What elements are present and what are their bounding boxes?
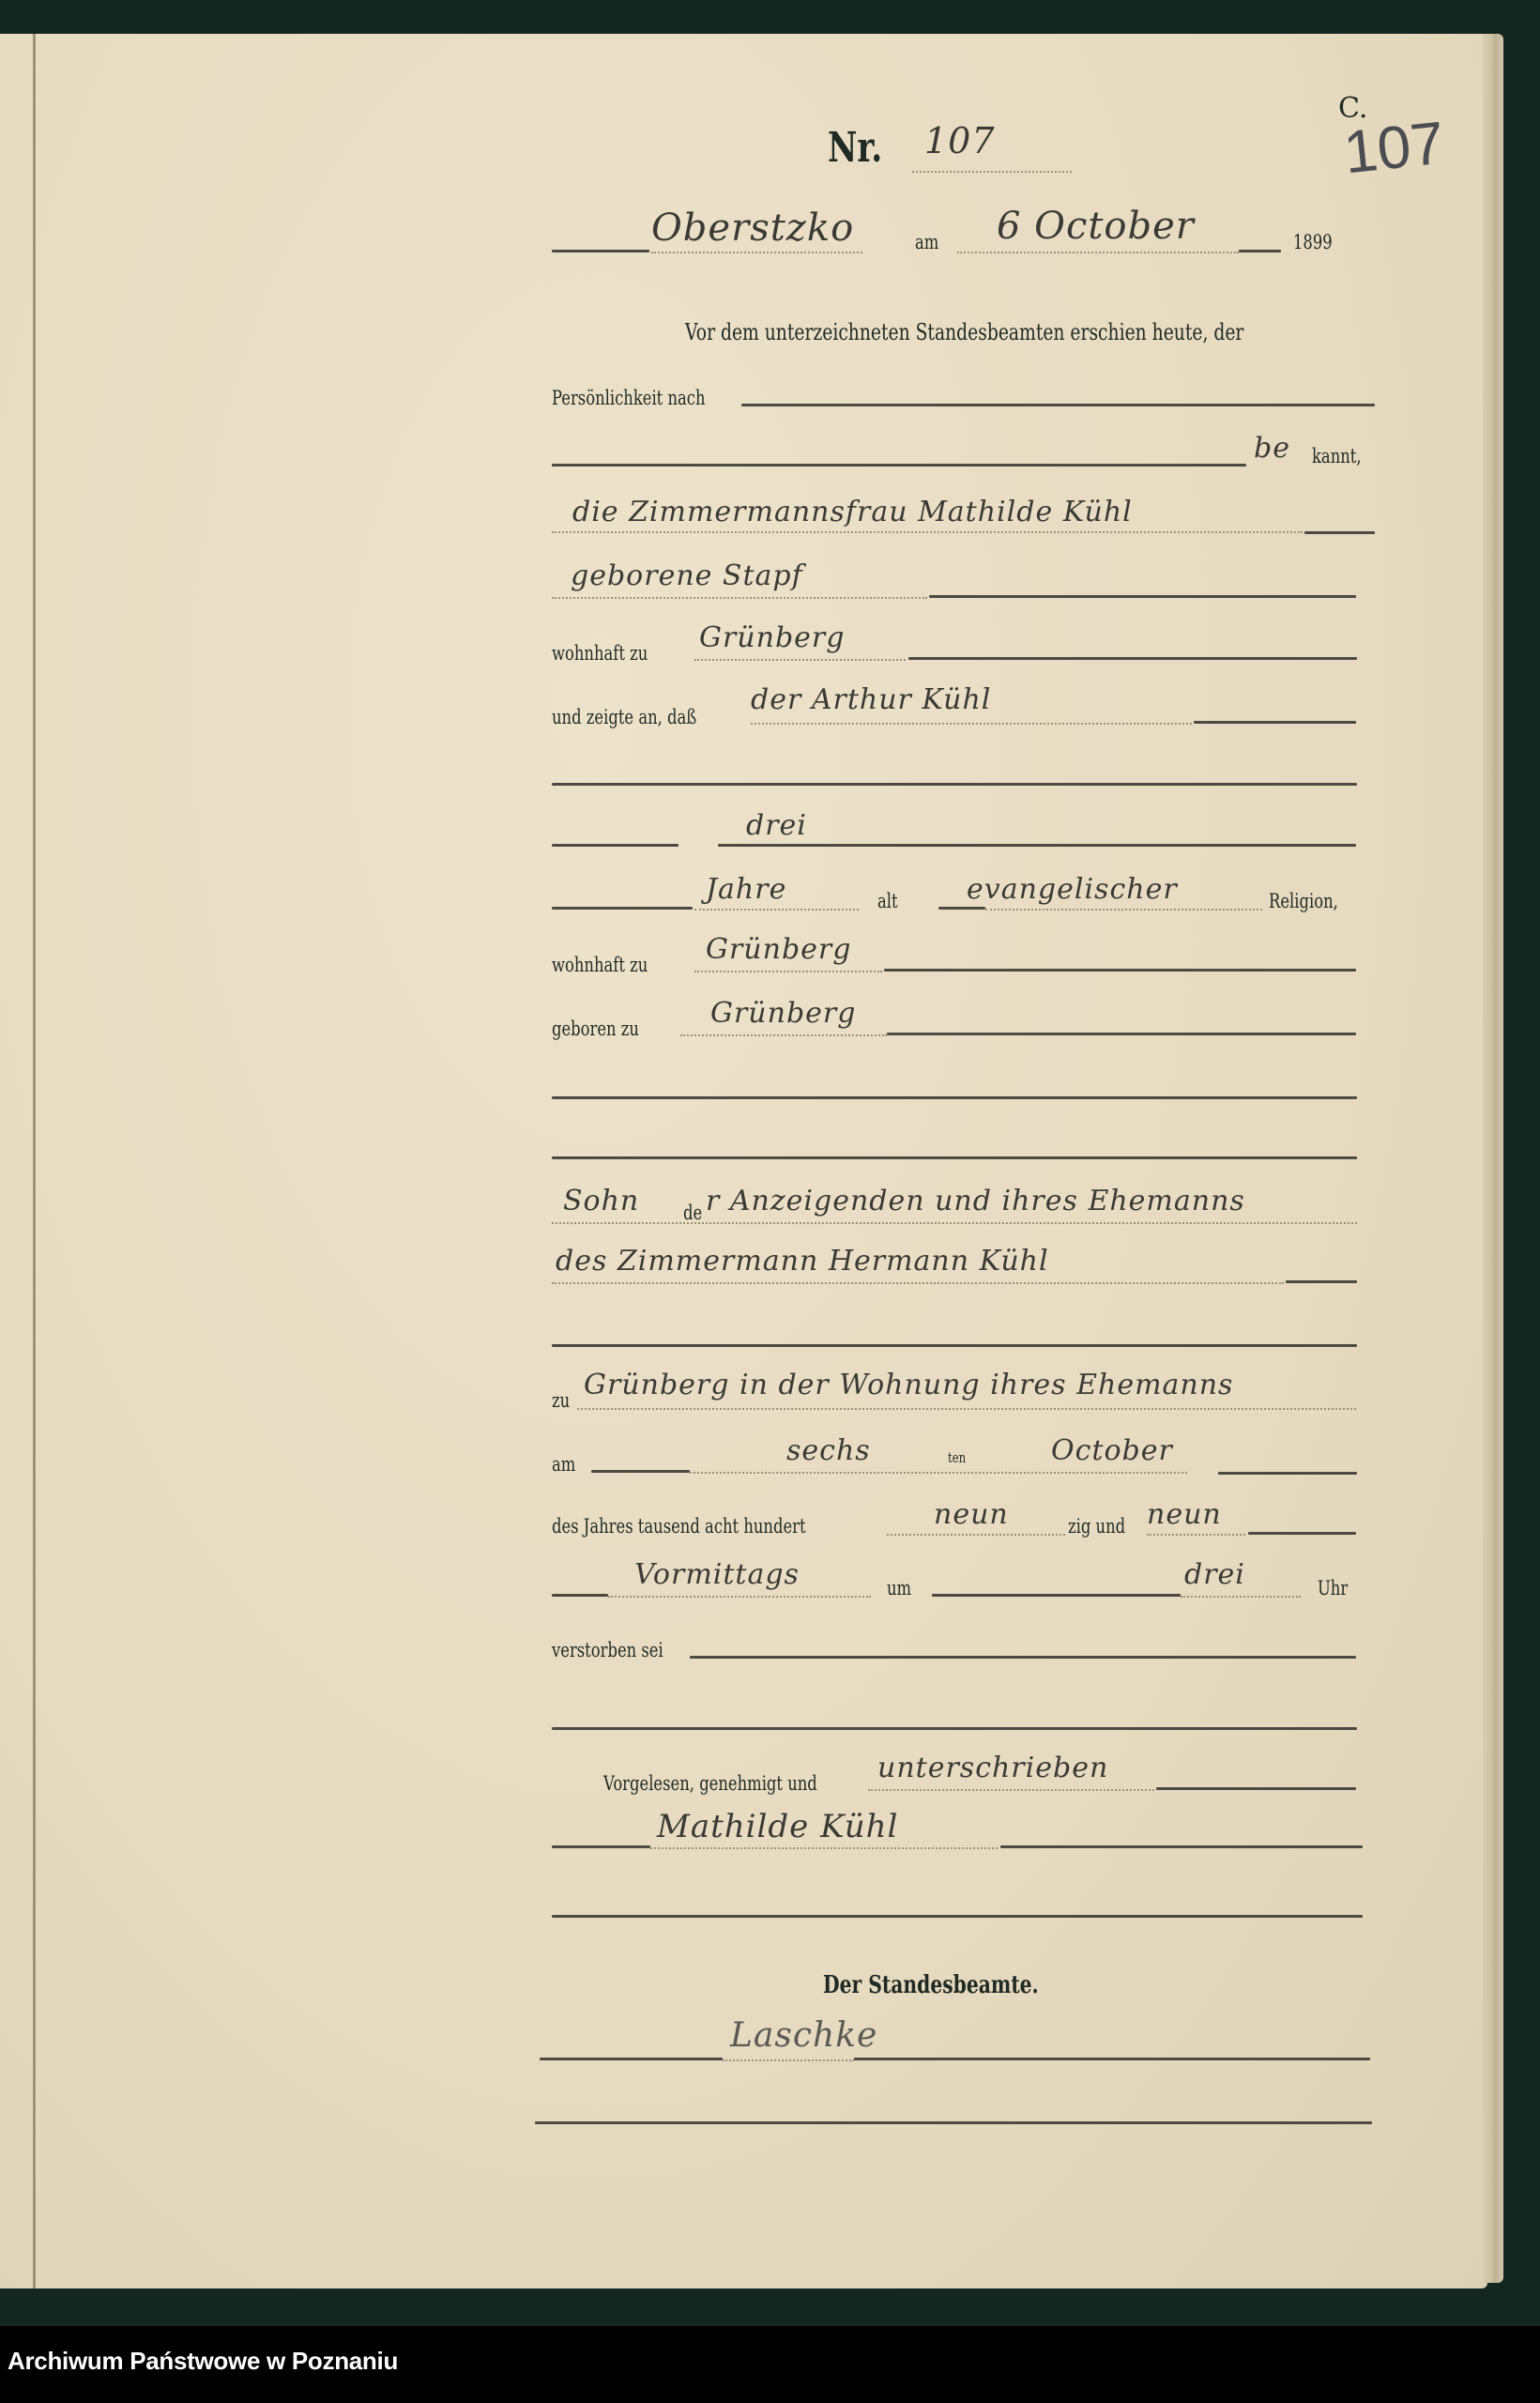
death-place-label: zu [552, 1389, 570, 1412]
rule [854, 2058, 1370, 2060]
record-number-label: Nr. [828, 124, 882, 172]
rule [552, 1344, 1357, 1347]
dots [887, 1534, 1065, 1536]
birthplace: Grünberg [710, 997, 856, 1030]
birth-label: geboren zu [552, 1018, 639, 1040]
dots [694, 659, 906, 661]
year-value: 1899 [1293, 231, 1333, 253]
parent-line1-print: de [683, 1201, 702, 1224]
year-tens: neun [934, 1498, 1009, 1531]
death-day-suffix: ten [948, 1449, 966, 1466]
page-fold-line [33, 34, 36, 2288]
identity-label: Persönlichkeit nach [552, 387, 706, 409]
year-units: neun [1147, 1498, 1222, 1531]
dots [552, 1282, 1284, 1284]
date-value: 6 October [997, 205, 1195, 248]
record-number: 107 [924, 120, 996, 161]
dots [577, 1408, 1356, 1410]
rule [591, 1470, 690, 1473]
dots [985, 909, 1262, 911]
rule [884, 969, 1356, 972]
deceased-name: der Arthur Kühl [751, 683, 991, 716]
rule [552, 844, 679, 847]
dots [552, 1222, 1357, 1224]
rule [552, 464, 1246, 467]
parent-line1-a: Sohn [563, 1185, 639, 1217]
time-um: um [887, 1577, 911, 1599]
declarant-residence: Grünberg [699, 621, 845, 654]
religion-label: Religion, [1269, 890, 1338, 912]
rule [1156, 1787, 1356, 1790]
died-label: verstorben sei [552, 1639, 663, 1661]
rule [552, 1845, 650, 1848]
years-value: Jahre [706, 873, 786, 906]
rule [552, 250, 649, 253]
dots [552, 531, 1303, 533]
year-zig: zig und [1068, 1515, 1125, 1538]
dots [723, 2059, 854, 2061]
rule [908, 657, 1357, 660]
dots [957, 252, 1239, 253]
rule [552, 907, 693, 910]
rule [552, 1156, 1357, 1159]
hour-label: Uhr [1318, 1577, 1348, 1599]
dots [680, 1034, 887, 1036]
rule [1218, 1472, 1357, 1475]
read-status: unterschrieben [877, 1752, 1108, 1784]
rule [938, 907, 985, 910]
rule [1286, 1280, 1357, 1283]
announce-label: und zeigte an, daß [552, 706, 696, 728]
year-label: des Jahres tausend acht hundert [552, 1515, 806, 1538]
intro-text: Vor dem unterzeichneten Standesbeamten e… [685, 319, 1243, 345]
religion-value: evangelischer [967, 873, 1178, 906]
record-number-dots [912, 171, 1072, 173]
death-place: Grünberg in der Wohnung ihres Ehemanns [584, 1369, 1233, 1401]
age-words: drei [746, 809, 807, 842]
dots [1181, 1596, 1301, 1598]
rule [552, 1727, 1357, 1730]
dots [868, 1789, 1154, 1791]
dots [651, 252, 862, 253]
read-label: Vorgelesen, genehmigt und [603, 1772, 817, 1795]
dots [694, 971, 882, 972]
parent-line2: des Zimmermann Hermann Kühl [556, 1245, 1049, 1278]
archive-footer: Archiwum Państwowe w Poznaniu [0, 2326, 1540, 2403]
document-page [0, 34, 1487, 2288]
rule [552, 783, 1357, 786]
dots [552, 597, 927, 599]
deceased-residence: Grünberg [706, 933, 851, 966]
page-stack-edge [1483, 34, 1503, 2283]
death-month: October [1051, 1434, 1173, 1467]
rule [1000, 1845, 1363, 1848]
dots [608, 1596, 871, 1598]
dots [751, 723, 1192, 725]
death-day: sechs [786, 1434, 871, 1467]
age-label: alt [877, 890, 898, 912]
known-prefix: be [1254, 432, 1290, 465]
rule [535, 2121, 1372, 2124]
deceased-residence-label: wohnhaft zu [552, 954, 648, 976]
rule [887, 1033, 1356, 1035]
rule [718, 844, 1356, 847]
declarant-signature: Mathilde Kühl [657, 1808, 898, 1845]
known-label: kannt, [1312, 445, 1362, 467]
rule [690, 1656, 1356, 1659]
rule [1194, 721, 1356, 724]
rule [1248, 1532, 1356, 1535]
declarant-line1: die Zimmermannsfrau Mathilde Kühl [572, 496, 1133, 528]
residence-label: wohnhaft zu [552, 642, 648, 665]
rule [552, 1915, 1363, 1918]
rule [552, 1594, 608, 1597]
rule [929, 595, 1356, 598]
archive-name: Archiwum Państwowe w Poznaniu [8, 2347, 398, 2376]
rule [540, 2058, 723, 2060]
hour-words: drei [1184, 1558, 1245, 1591]
pencil-record-number: 107 [1340, 108, 1447, 188]
dots [650, 1847, 998, 1849]
dots [690, 1472, 1187, 1474]
death-date-label: am [552, 1453, 575, 1476]
rule [1304, 531, 1375, 534]
parent-line1-b: r Anzeigenden und ihres Ehemanns [706, 1185, 1245, 1217]
place-value: Oberstzko [651, 207, 854, 250]
rule [741, 404, 1375, 406]
rule [1239, 250, 1281, 253]
rule [932, 1594, 1181, 1597]
registrar-signature: Laschke [730, 2016, 877, 2055]
dots [1147, 1534, 1245, 1536]
rule [552, 1096, 1357, 1099]
declarant-line2: geborene Stapf [571, 559, 803, 592]
dots [694, 909, 859, 911]
time-of-day: Vormittags [634, 1558, 800, 1591]
registrar-label: Der Standesbeamte. [823, 1971, 1039, 1999]
date-prefix: am [915, 231, 938, 253]
